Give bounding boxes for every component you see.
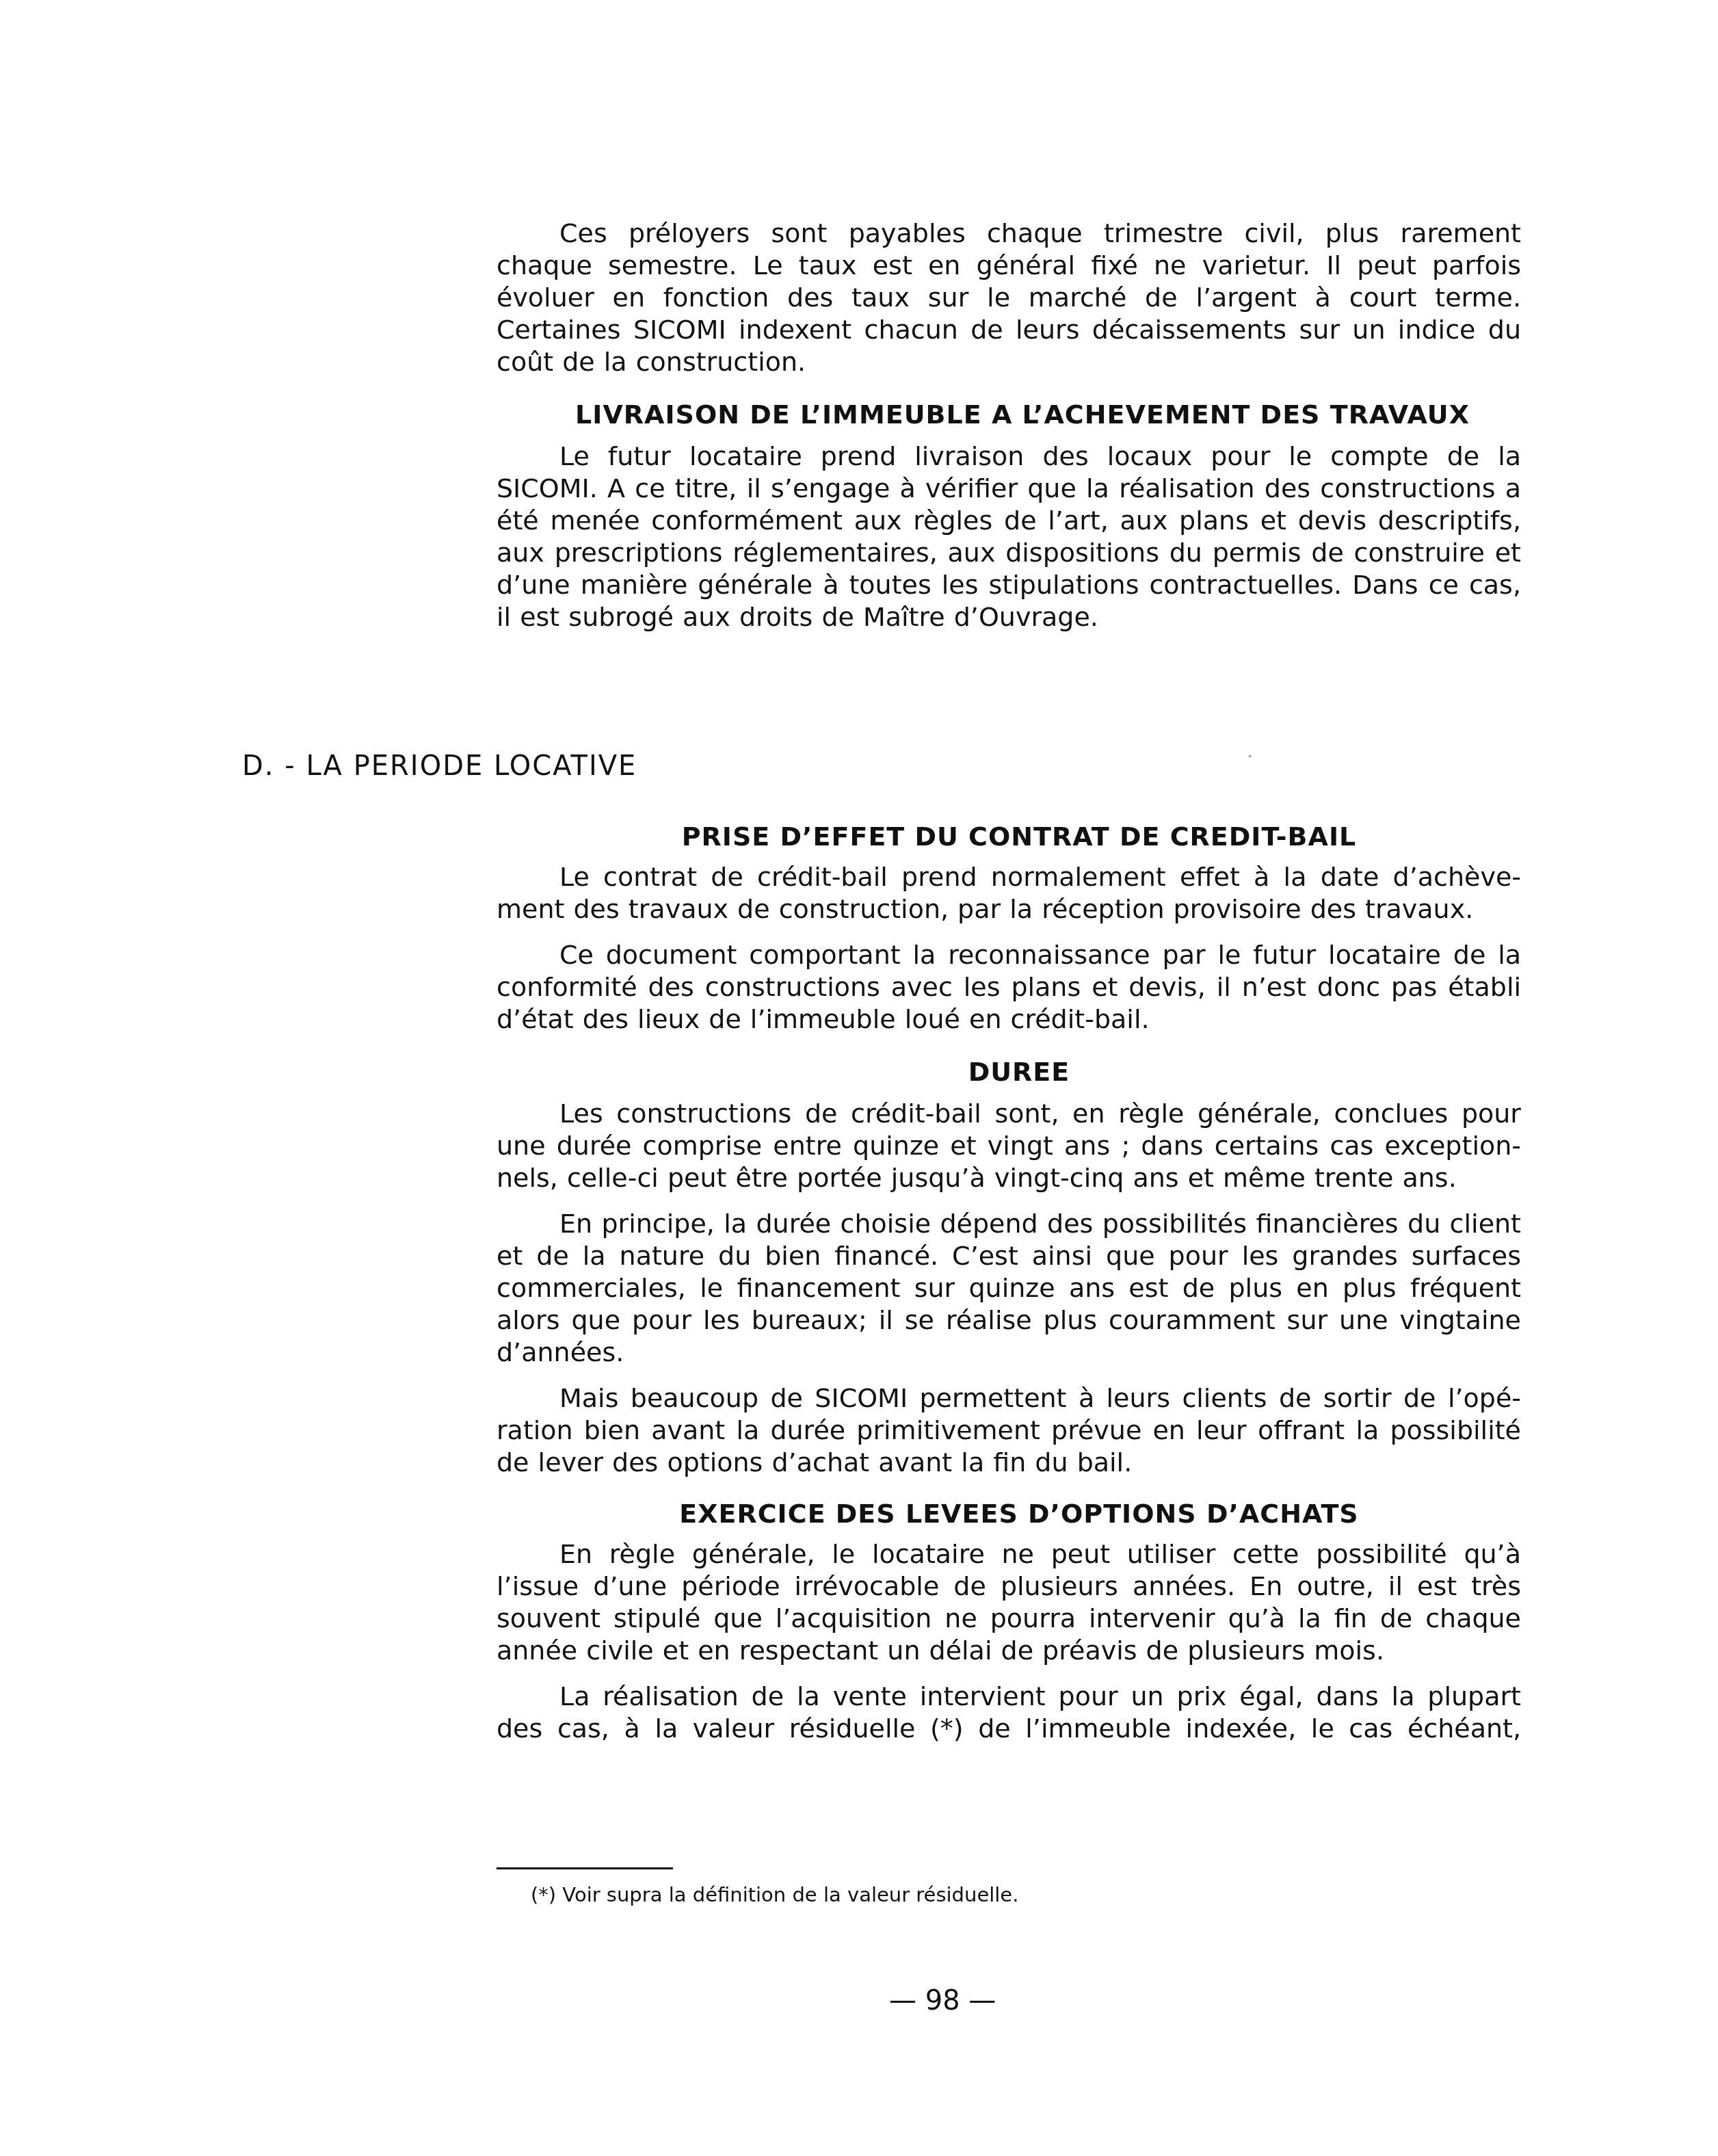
subheading-duree: DUREE	[497, 1056, 1521, 1088]
paragraph-livraison: Le futur locataire prend livraison des l…	[497, 441, 1521, 633]
subheading-levees-options: EXERCICE DES LEVEES D’OPTIONS D’ACHATS	[497, 1498, 1521, 1530]
document-page: Ces préloyers sont payables chaque trime…	[0, 0, 1718, 2156]
paragraph-duree-2: En principe, la durée choisie dépend des…	[497, 1208, 1521, 1369]
paragraph-prise-effet-1: Le contrat de crédit-bail prend normalem…	[497, 861, 1521, 925]
top-block: Ces préloyers sont payables chaque trime…	[497, 218, 1521, 633]
section-d-content: PRISE D’EFFET DU CONTRAT DE CREDIT-BAIL …	[497, 821, 1521, 1745]
subheading-livraison: LIVRAISON DE L’IMMEUBLE A L’ACHEVEMENT D…	[497, 399, 1521, 431]
paragraph-duree-1: Les constructions de crédit-bail sont, e…	[497, 1098, 1521, 1194]
paragraph-preloyers: Ces préloyers sont payables chaque trime…	[497, 218, 1521, 378]
paragraph-prise-effet-2: Ce document comportant la reconnaissance…	[497, 939, 1521, 1036]
footnote: (*) Voir supra la définition de la valeu…	[531, 1882, 1018, 1907]
paragraph-levees-1: En règle générale, le locataire ne peut …	[497, 1538, 1521, 1667]
footnote-divider	[497, 1867, 673, 1869]
section-title: D. - LA PERIODE LOCATIVE	[242, 749, 637, 783]
subheading-prise-effet: PRISE D’EFFET DU CONTRAT DE CREDIT-BAIL	[497, 821, 1521, 853]
page-number: — 98 —	[889, 1984, 996, 2018]
paragraph-levees-2: La réalisation de la vente intervient po…	[497, 1681, 1521, 1745]
scan-speck	[1249, 755, 1251, 757]
paragraph-duree-3: Mais beaucoup de SICOMI permettent à leu…	[497, 1382, 1521, 1479]
